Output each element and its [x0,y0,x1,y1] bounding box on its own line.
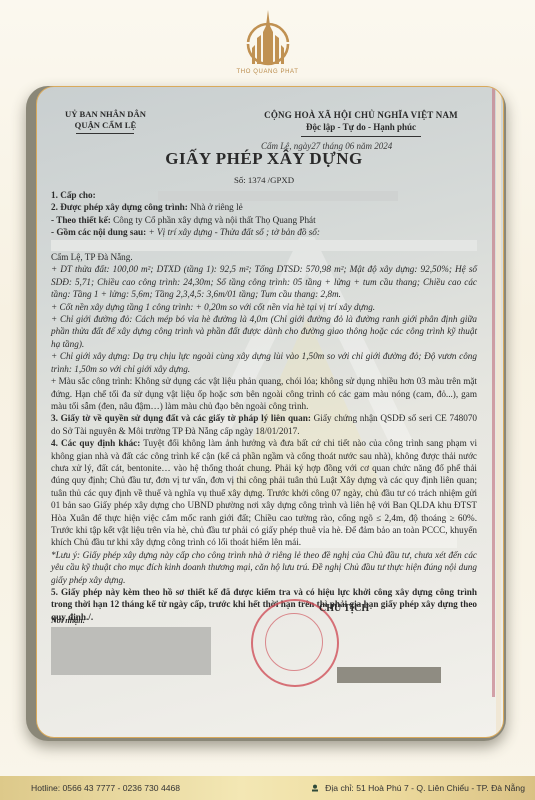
color-rules: + Màu sắc công trình: Không sử dụng các … [51,375,477,412]
permit-number: Số: 1374 /GPXD [51,174,477,186]
redacted-recipients [51,627,211,675]
footer-bar: Hotline: 0566 43 7777 - 0236 730 4468 Đị… [0,776,535,800]
recipients-label: Nơi nhận: [51,615,85,627]
location-pin-icon [311,784,319,792]
national-header: CỘNG HOÀ XÃ HỘI CHỦ NGHĨA VIỆT NAM Độc l… [236,109,486,137]
redacted-signer [337,667,441,683]
location: Cẩm Lệ, TP Đà Nẵng. [51,251,477,263]
redacted-address [51,240,477,251]
note: *Lưu ý: Giấy phép xây dựng này cấp cho c… [51,549,477,586]
redacted-name [158,191,398,201]
hotline[interactable]: Hotline: 0566 43 7777 - 0236 730 4468 [31,783,180,793]
signature-block: Nơi nhận: CHỦ TỊCH [51,611,477,736]
road-boundary: + Chỉ giới đường đỏ: Cách mép bó vỉa hè … [51,313,477,350]
signer-title: CHỦ TỊCH [319,603,369,615]
tower-logo-icon [243,8,293,68]
address: Địa chỉ: 51 Hoà Phú 7 - Q. Liên Chiểu - … [311,783,525,793]
permit-document: UỶ BAN NHÂN DÂN QUẬN CẨM LỆ CỘNG HOÀ XÃ … [36,86,504,738]
brand-name: THO QUANG PHAT [0,69,535,75]
issuer: UỶ BAN NHÂN DÂN QUẬN CẨM LỆ [65,109,146,134]
brand-logo: THO QUANG PHAT [0,8,535,75]
document-body: 1. Cấp cho: 2. Được phép xây dựng công t… [51,189,477,623]
floor-level: + Cốt nền xây dựng tầng 1 công trình: + … [51,301,477,313]
document-title: GIẤY PHÉP XÂY DỰNG [51,153,477,165]
area-details: + DT thửa đất: 100,00 m²; DTXD (tầng 1):… [51,263,477,300]
build-boundary: + Chỉ giới xây dựng: Dạ trụ chịu lực ngo… [51,350,477,375]
